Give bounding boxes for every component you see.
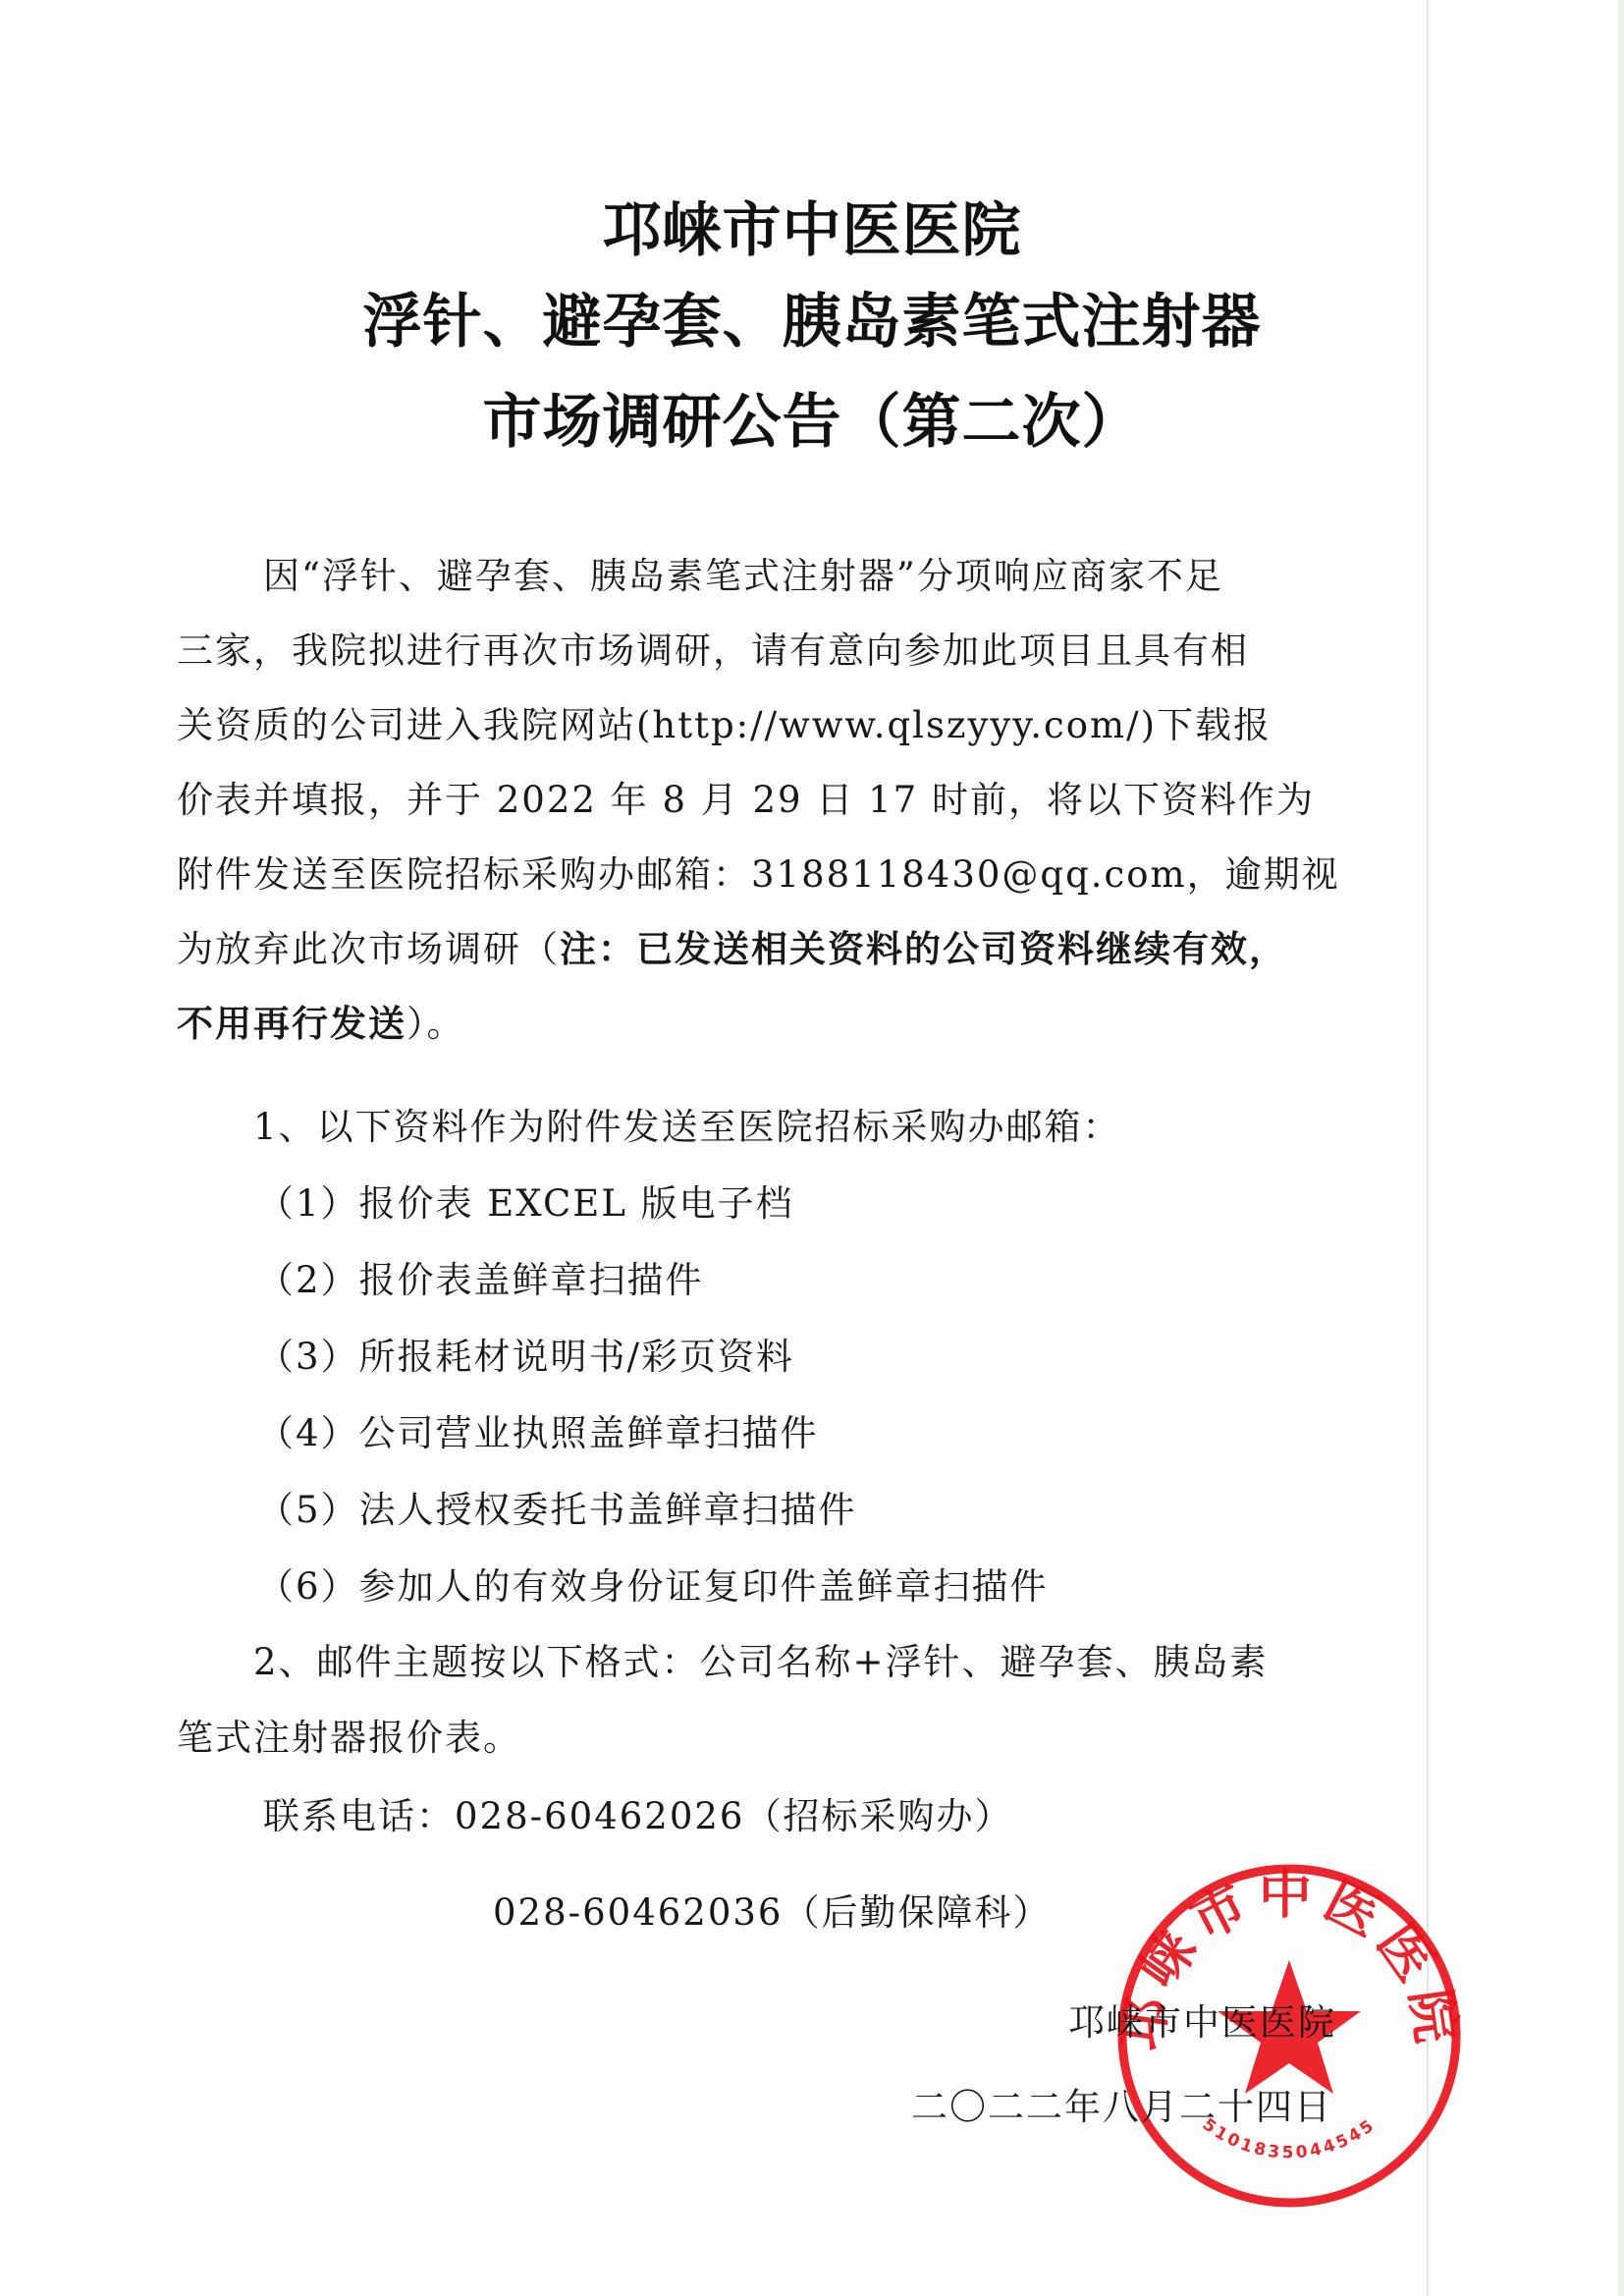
body-line-1: 因“浮针、避孕套、胰岛素笔式注射器”分项响应商家不足: [263, 557, 1223, 596]
signature-org: 邛崃市中医医院: [1068, 2003, 1336, 2043]
attachment-item-2: （2）报价表盖鲜章扫描件: [257, 1261, 704, 1300]
note-bold-cont: 不用再行发送: [177, 1003, 406, 1045]
contact-phone-procurement: 028-60462026（招标采购办）: [455, 1795, 1012, 1837]
section-2-line-2: 笔式注射器报价表。: [177, 1719, 521, 1758]
body-line-7-end: ）。: [406, 1003, 465, 1045]
contact-phone-logistics: 028-60462036（后勤保障科）: [493, 1893, 1051, 1933]
section-2-line-1: 2、邮件主题按以下格式：公司名称+浮针、避孕套、胰岛素: [253, 1643, 1269, 1682]
contact-line-1: 联系电话：028-60462026（招标采购办）: [263, 1797, 1012, 1836]
body-line-5: 附件发送至医院招标采购办邮箱：3188118430@qq.com，逾期视: [177, 855, 1340, 895]
title-hospital: 邛崃市中医医院: [0, 201, 1624, 260]
attachment-item-6: （6）参加人的有效身份证复印件盖鲜章扫描件: [257, 1567, 1049, 1607]
body-line-4: 价表并填报，并于 2022 年 8 月 29 日 17 时前，将以下资料作为: [177, 781, 1315, 820]
body-line-6-text: 为放弃此次市场调研（: [177, 928, 560, 970]
signature-date: 二〇二二年八月二十四日: [911, 2088, 1332, 2127]
section-1-heading: 1、以下资料作为附件发送至医院招标采购办邮箱：: [253, 1108, 1121, 1147]
body-line-6: 为放弃此次市场调研（注：已发送相关资料的公司资料继续有效，: [177, 930, 1287, 969]
title-items: 浮针、避孕套、胰岛素笔式注射器: [0, 293, 1624, 352]
attachment-item-3: （3）所报耗材说明书/彩页资料: [257, 1338, 794, 1377]
attachment-item-5: （5）法人授权委托书盖鲜章扫描件: [257, 1491, 857, 1530]
contact-label: 联系电话：: [263, 1795, 455, 1837]
body-line-3: 关资质的公司进入我院网站(http://www.qlszyyy.com/)下载报: [177, 706, 1272, 745]
body-line-7: 不用再行发送）。: [177, 1005, 465, 1044]
title-announcement: 市场调研公告（第二次）: [0, 393, 1624, 452]
attachment-item-4: （4）公司营业执照盖鲜章扫描件: [257, 1414, 819, 1453]
note-bold: 注：已发送相关资料的公司资料继续有效，: [560, 928, 1287, 970]
attachment-item-1: （1）报价表 EXCEL 版电子档: [257, 1184, 794, 1224]
body-line-2: 三家，我院拟进行再次市场调研，请有意向参加此项目且具有相: [177, 631, 1249, 671]
